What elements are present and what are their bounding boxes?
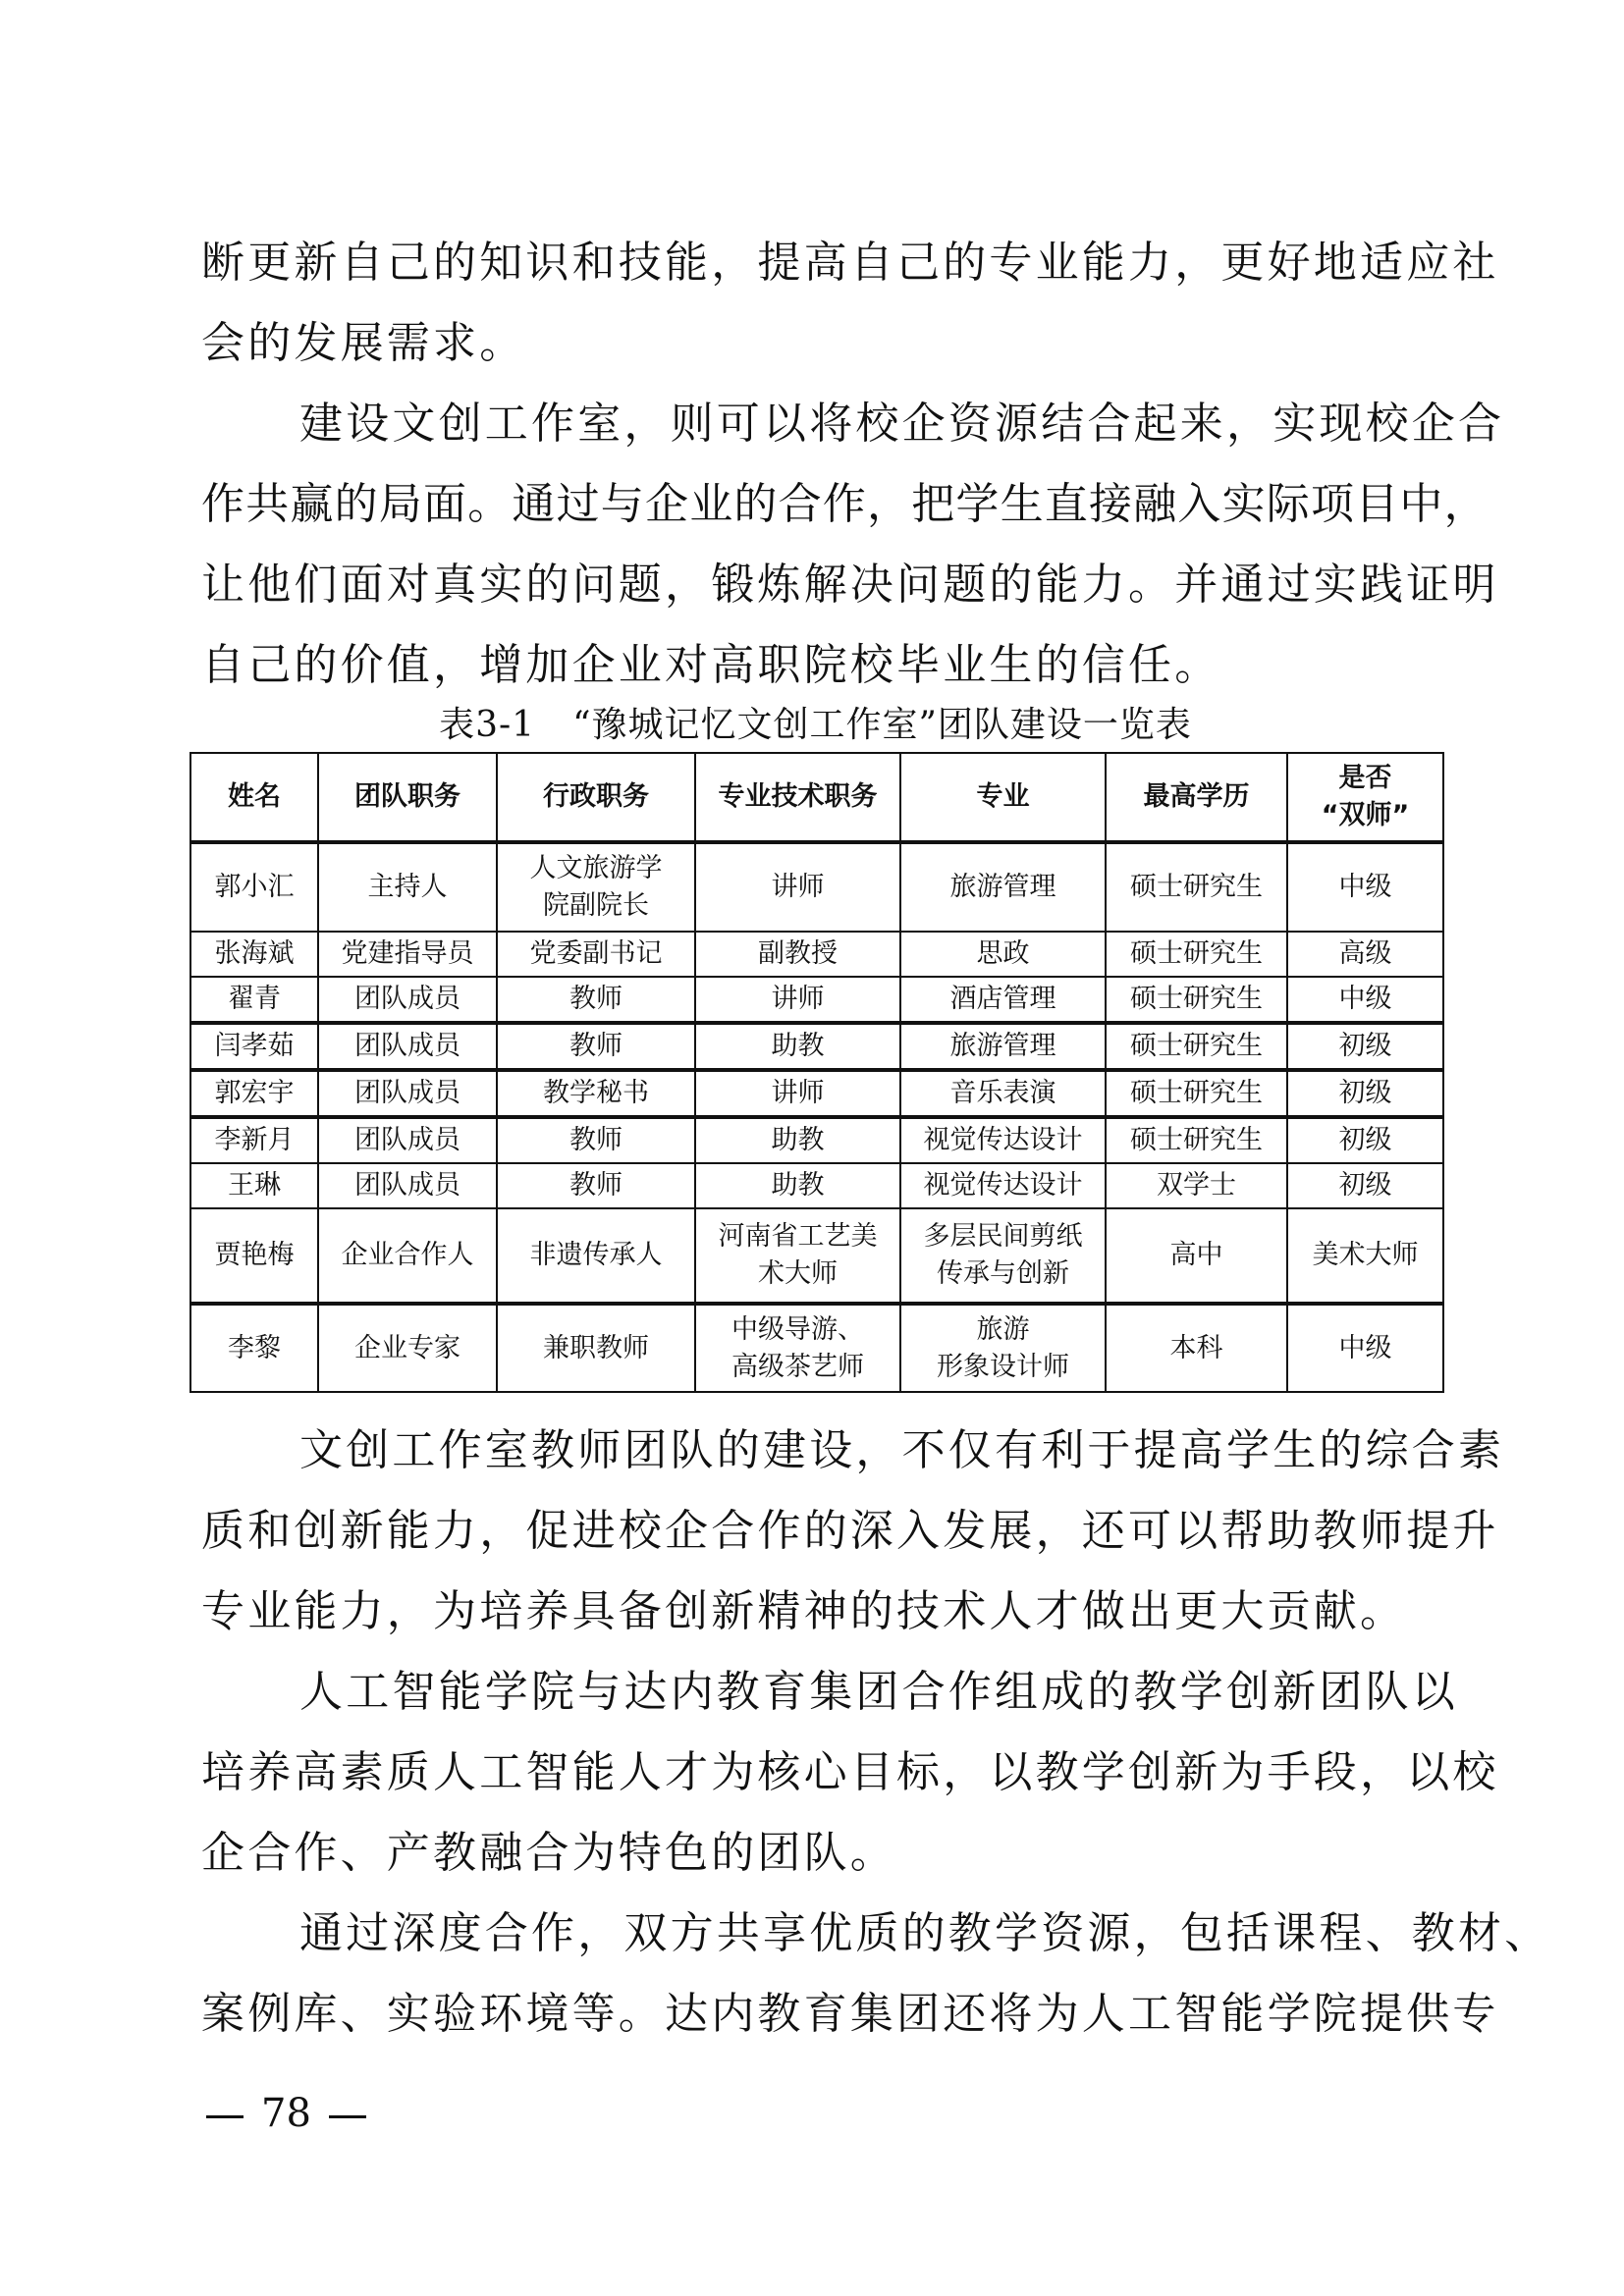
cell-name: 张海斌 [190, 932, 318, 977]
cell-professional-title: 助教 [695, 1117, 900, 1163]
table-row: 李新月 团队成员 教师 助教 视觉传达设计 硕士研究生 初级 [190, 1117, 1443, 1163]
header-dual-teacher: 是否 “双师” [1287, 753, 1443, 842]
cell-dual-teacher: 初级 [1287, 1023, 1443, 1070]
dash-right-icon [329, 2115, 366, 2118]
table-row: 郭宏宇 团队成员 教学秘书 讲师 音乐表演 硕士研究生 初级 [190, 1070, 1443, 1117]
page-number: 78 [206, 2089, 366, 2138]
cell-degree: 本科 [1106, 1304, 1287, 1392]
header-degree: 最高学历 [1106, 753, 1287, 842]
paragraph-5-line-2: 案例库、实验环境等。达内教育集团还将为人工智能学院提供专 [201, 1983, 1438, 2046]
cell-degree: 硕士研究生 [1106, 977, 1287, 1023]
cell-dual-teacher: 初级 [1287, 1070, 1443, 1117]
cell-degree: 双学士 [1106, 1163, 1287, 1208]
cell-major: 旅游管理 [900, 842, 1106, 932]
cell-team-role: 团队成员 [318, 1117, 497, 1163]
cell-admin-role: 兼职教师 [497, 1304, 695, 1392]
cell-degree: 硕士研究生 [1106, 1117, 1287, 1163]
cell-degree: 硕士研究生 [1106, 1070, 1287, 1117]
paragraph-2-line-4: 自己的价值，增加企业对高职院校毕业生的信任。 [201, 634, 1438, 697]
cell-major: 旅游 形象设计师 [900, 1304, 1106, 1392]
cell-degree: 硕士研究生 [1106, 842, 1287, 932]
table-row: 郭小汇 主持人 人文旅游学 院副院长 讲师 旅游管理 硕士研究生 中级 [190, 842, 1443, 932]
cell-admin-role: 教师 [497, 1023, 695, 1070]
table-title: “豫城记忆文创工作室”团队建设一览表 [572, 705, 1192, 745]
page-number-value: 78 [261, 2091, 311, 2136]
cell-name: 李新月 [190, 1117, 318, 1163]
team-table: 姓名 团队职务 行政职务 专业技术职务 专业 最高学历 是否 “双师” 郭小汇 … [189, 752, 1444, 1393]
cell-admin-role: 非遗传承人 [497, 1208, 695, 1304]
cell-major: 酒店管理 [900, 977, 1106, 1023]
document-page: 断更新自己的知识和技能，提高自己的专业能力，更好地适应社 会的发展需求。 建设文… [0, 0, 1624, 2296]
cell-degree: 硕士研究生 [1106, 932, 1287, 977]
cell-name: 王琳 [190, 1163, 318, 1208]
paragraph-4-line-1: 人工智能学院与达内教育集团合作组成的教学创新团队以 [299, 1661, 1438, 1724]
cell-name: 郭宏宇 [190, 1070, 318, 1117]
cell-team-role: 团队成员 [318, 1070, 497, 1117]
cell-degree: 硕士研究生 [1106, 1023, 1287, 1070]
cell-degree: 高中 [1106, 1208, 1287, 1304]
cell-dual-teacher: 中级 [1287, 977, 1443, 1023]
cell-team-role: 团队成员 [318, 1023, 497, 1070]
cell-professional-title: 讲师 [695, 1070, 900, 1117]
cell-professional-title: 讲师 [695, 842, 900, 932]
paragraph-3-line-3: 专业能力，为培养具备创新精神的技术人才做出更大贡献。 [201, 1580, 1438, 1643]
cell-major: 多层民间剪纸 传承与创新 [900, 1208, 1106, 1304]
dash-left-icon [206, 2115, 244, 2118]
cell-professional-title: 助教 [695, 1163, 900, 1208]
cell-admin-role: 教师 [497, 1117, 695, 1163]
cell-name: 翟青 [190, 977, 318, 1023]
paragraph-4-line-2: 培养高素质人工智能人才为核心目标，以教学创新为手段，以校 [201, 1741, 1438, 1804]
cell-team-role: 主持人 [318, 842, 497, 932]
table-number: 表3-1 [439, 705, 535, 745]
cell-dual-teacher: 美术大师 [1287, 1208, 1443, 1304]
table-row: 翟青 团队成员 教师 讲师 酒店管理 硕士研究生 中级 [190, 977, 1443, 1023]
cell-major: 视觉传达设计 [900, 1117, 1106, 1163]
cell-team-role: 团队成员 [318, 1163, 497, 1208]
cell-admin-role: 人文旅游学 院副院长 [497, 842, 695, 932]
cell-professional-title: 中级导游、 高级茶艺师 [695, 1304, 900, 1392]
header-major: 专业 [900, 753, 1106, 842]
cell-name: 贾艳梅 [190, 1208, 318, 1304]
cell-team-role: 企业专家 [318, 1304, 497, 1392]
table-header-row: 姓名 团队职务 行政职务 专业技术职务 专业 最高学历 是否 “双师” [190, 753, 1443, 842]
cell-dual-teacher: 中级 [1287, 842, 1443, 932]
cell-name: 郭小汇 [190, 842, 318, 932]
cell-dual-teacher: 初级 [1287, 1163, 1443, 1208]
paragraph-2-line-2: 作共赢的局面。通过与企业的合作，把学生直接融入实际项目中， [201, 473, 1438, 536]
cell-team-role: 企业合作人 [318, 1208, 497, 1304]
cell-dual-teacher: 初级 [1287, 1117, 1443, 1163]
table-row: 张海斌 党建指导员 党委副书记 副教授 思政 硕士研究生 高级 [190, 932, 1443, 977]
table-row: 贾艳梅 企业合作人 非遗传承人 河南省工艺美 术大师 多层民间剪纸 传承与创新 … [190, 1208, 1443, 1304]
table-row: 李黎 企业专家 兼职教师 中级导游、 高级茶艺师 旅游 形象设计师 本科 中级 [190, 1304, 1443, 1392]
table-caption: 表3-1“豫城记忆文创工作室”团队建设一览表 [189, 699, 1441, 752]
paragraph-2-line-1: 建设文创工作室，则可以将校企资源结合起来，实现校企合 [299, 393, 1438, 455]
paragraph-1-line-1: 断更新自己的知识和技能，提高自己的专业能力，更好地适应社 [201, 232, 1438, 294]
cell-professional-title: 河南省工艺美 术大师 [695, 1208, 900, 1304]
cell-admin-role: 教师 [497, 977, 695, 1023]
table-row: 闫孝茹 团队成员 教师 助教 旅游管理 硕士研究生 初级 [190, 1023, 1443, 1070]
paragraph-2-line-3: 让他们面对真实的问题，锻炼解决问题的能力。并通过实践证明 [201, 554, 1438, 616]
paragraph-5-line-1: 通过深度合作，双方共享优质的教学资源，包括课程、教材、 [299, 1902, 1438, 1965]
cell-dual-teacher: 中级 [1287, 1304, 1443, 1392]
header-team-role: 团队职务 [318, 753, 497, 842]
cell-major: 音乐表演 [900, 1070, 1106, 1117]
cell-professional-title: 助教 [695, 1023, 900, 1070]
cell-major: 思政 [900, 932, 1106, 977]
cell-team-role: 党建指导员 [318, 932, 497, 977]
header-admin-role: 行政职务 [497, 753, 695, 842]
header-name: 姓名 [190, 753, 318, 842]
cell-professional-title: 副教授 [695, 932, 900, 977]
table-row: 王琳 团队成员 教师 助教 视觉传达设计 双学士 初级 [190, 1163, 1443, 1208]
paragraph-3-line-1: 文创工作室教师团队的建设，不仅有利于提高学生的综合素 [299, 1419, 1438, 1482]
paragraph-4-line-3: 企合作、产教融合为特色的团队。 [201, 1822, 1438, 1885]
cell-admin-role: 教师 [497, 1163, 695, 1208]
cell-admin-role: 教学秘书 [497, 1070, 695, 1117]
cell-admin-role: 党委副书记 [497, 932, 695, 977]
paragraph-1-line-2: 会的发展需求。 [201, 312, 1438, 375]
paragraph-3-line-2: 质和创新能力，促进校企合作的深入发展，还可以帮助教师提升 [201, 1500, 1438, 1563]
cell-dual-teacher: 高级 [1287, 932, 1443, 977]
cell-name: 李黎 [190, 1304, 318, 1392]
cell-team-role: 团队成员 [318, 977, 497, 1023]
cell-major: 旅游管理 [900, 1023, 1106, 1070]
cell-major: 视觉传达设计 [900, 1163, 1106, 1208]
cell-professional-title: 讲师 [695, 977, 900, 1023]
header-professional-title: 专业技术职务 [695, 753, 900, 842]
cell-name: 闫孝茹 [190, 1023, 318, 1070]
